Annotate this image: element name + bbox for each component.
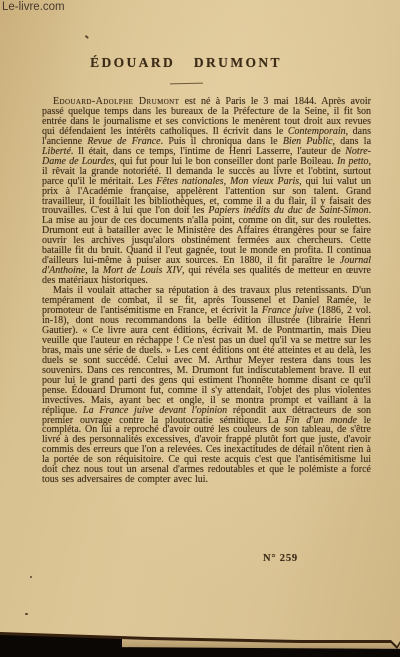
article-body: Edouard-Adolphe Drumont est né à Paris l… bbox=[42, 97, 371, 485]
ink-speck bbox=[25, 613, 28, 615]
article-title: ÉDOUARD DRUMONT bbox=[0, 55, 372, 71]
ink-speck bbox=[357, 107, 359, 109]
paragraph: Mais il voulait attacher sa réputation à… bbox=[42, 286, 371, 485]
text-segment: . La mise au jour de ces documents n'all… bbox=[42, 205, 371, 266]
title-divider bbox=[170, 83, 203, 85]
scan-backdrop: Le-livre.com ÉDOUARD DRUMONT Edouard-Ado… bbox=[0, 0, 400, 657]
ink-speck bbox=[85, 35, 89, 39]
text-segment: (1886, 2 vol. in-18), dont nous recomman… bbox=[42, 305, 371, 416]
paragraph: Edouard-Adolphe Drumont est né à Paris l… bbox=[42, 97, 371, 286]
ink-speck bbox=[30, 576, 32, 578]
catalog-number: N° 259 bbox=[263, 553, 298, 564]
watermark: Le-livre.com bbox=[2, 0, 65, 14]
text-segment: le compléta. On lui a reproché d'avoir o… bbox=[42, 415, 371, 486]
book-page: Le-livre.com ÉDOUARD DRUMONT Edouard-Ado… bbox=[0, 0, 400, 657]
